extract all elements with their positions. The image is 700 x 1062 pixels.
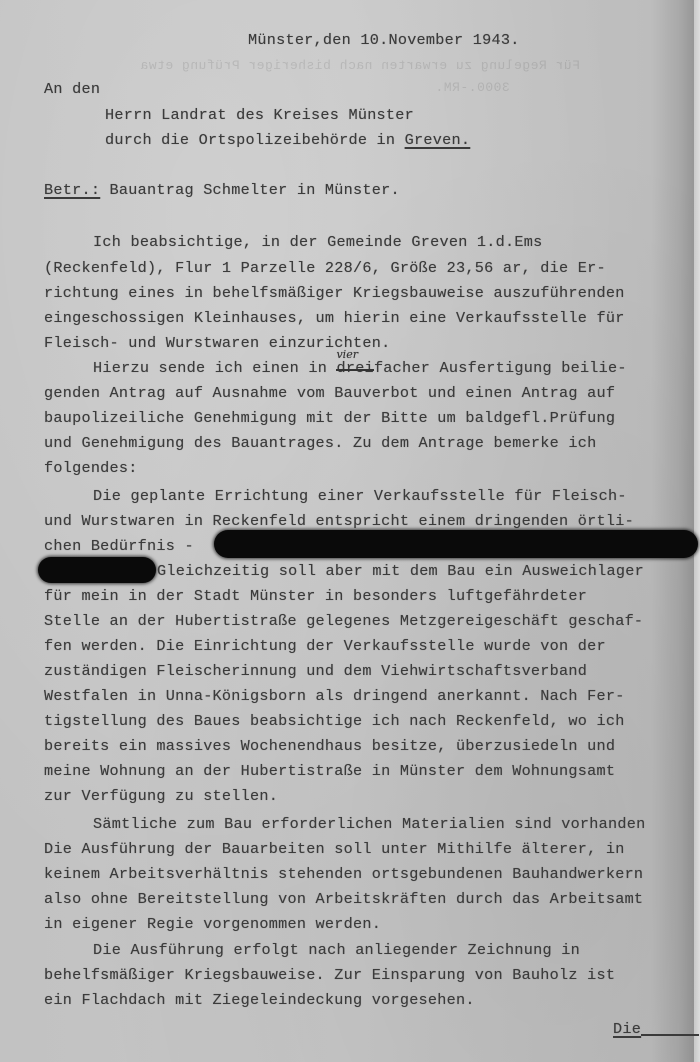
p4-line: in eigener Regie vorgenommen werden.	[44, 914, 381, 934]
recipient-line-2-prefix: durch die Ortspolizeibehörde in	[105, 131, 405, 149]
p4-line: keinem Arbeitsverhältnis stehenden ortsg…	[44, 864, 643, 884]
p3-line: und Wurstwaren in Reckenfeld entspricht …	[44, 511, 634, 531]
p4-line: also ohne Bereitstellung von Arbeitskräf…	[44, 889, 643, 909]
p2-first-line: Hierzu sende ich einen in vierdreifacher…	[93, 358, 627, 378]
p4-line: Die Ausführung der Bauarbeiten soll unte…	[44, 839, 625, 859]
p3-line: fen werden. Die Einrichtung der Verkaufs…	[44, 636, 606, 656]
p3-line: Gleichzeitig soll aber mit dem Bau ein A…	[157, 561, 644, 581]
p1-line: (Reckenfeld), Flur 1 Parzelle 228/6, Grö…	[44, 258, 606, 278]
p3-line: Die geplante Errichtung einer Verkaufsst…	[93, 486, 627, 506]
p1-line: richtung eines in behelfsmäßiger Kriegsb…	[44, 283, 625, 303]
p5-line: ein Flachdach mit Ziegeleindeckung vorge…	[44, 990, 475, 1010]
p2-suffix: facher Ausfertigung beilie-	[374, 359, 627, 377]
recipient-place: Greven.	[405, 131, 471, 149]
p1-line: Ich beabsichtige, in der Gemeinde Greven…	[93, 232, 542, 252]
redaction-mark-2	[38, 557, 156, 583]
p3-line: meine Wohnung an der Hubertistraße in Mü…	[44, 761, 615, 781]
p2-line: und Genehmigung des Bauantrages. Zu dem …	[44, 433, 596, 453]
salutation: An den	[44, 79, 100, 99]
subject-line: Betr.: Bauantrag Schmelter in Münster.	[44, 180, 400, 200]
bleed-through-amount: 3000.-RM.	[435, 80, 510, 95]
p3-line: Stelle an der Hubertistraße gelegenes Me…	[44, 611, 643, 631]
p5-line: behelfsmäßiger Kriegsbauweise. Zur Einsp…	[44, 965, 615, 985]
p2-line: baupolizeiliche Genehmigung mit der Bitt…	[44, 408, 615, 428]
p1-line: eingeschossigen Kleinhauses, um hierin e…	[44, 308, 625, 328]
struck-word: vierdrei	[336, 358, 373, 378]
handwritten-correction: vier	[336, 345, 358, 365]
recipient-line-1: Herrn Landrat des Kreises Münster	[105, 105, 414, 125]
p3-line: bereits ein massives Wochenendhaus besit…	[44, 736, 615, 756]
p3-line: tigstellung des Baues beabsichtige ich n…	[44, 711, 625, 731]
p3-line: für mein in der Stadt Münster in besonde…	[44, 586, 587, 606]
continuation-word: Die	[613, 1019, 699, 1039]
p2-line: folgendes:	[44, 458, 138, 478]
p3-line: chen Bedürfnis -	[44, 536, 194, 556]
subject-text: Bauantrag Schmelter in Münster.	[100, 181, 400, 199]
p3-line: zur Verfügung zu stellen.	[44, 786, 278, 806]
document-page: Für Regelung zu erwarten nach bisheriger…	[0, 0, 700, 1062]
recipient-line-2: durch die Ortspolizeibehörde in Greven.	[105, 130, 470, 150]
dateline: Münster,den 10.November 1943.	[248, 30, 520, 50]
redaction-mark-1	[214, 530, 698, 558]
p2-line: genden Antrag auf Ausnahme vom Bauverbot…	[44, 383, 615, 403]
p5-line: Die Ausführung erfolgt nach anliegender …	[93, 940, 580, 960]
p2-prefix: Hierzu sende ich einen in	[93, 359, 336, 377]
subject-label: Betr.:	[44, 181, 100, 199]
page-edge	[694, 0, 700, 1062]
p3-line: zuständigen Fleischerinnung und dem Vieh…	[44, 661, 587, 681]
bleed-through-text: Für Regelung zu erwarten nach bisheriger…	[140, 58, 580, 73]
p4-line: Sämtliche zum Bau erforderlichen Materia…	[93, 814, 645, 834]
continuation-rule	[641, 1034, 699, 1036]
p3-line: Westfalen in Unna-Königsborn als dringen…	[44, 686, 625, 706]
